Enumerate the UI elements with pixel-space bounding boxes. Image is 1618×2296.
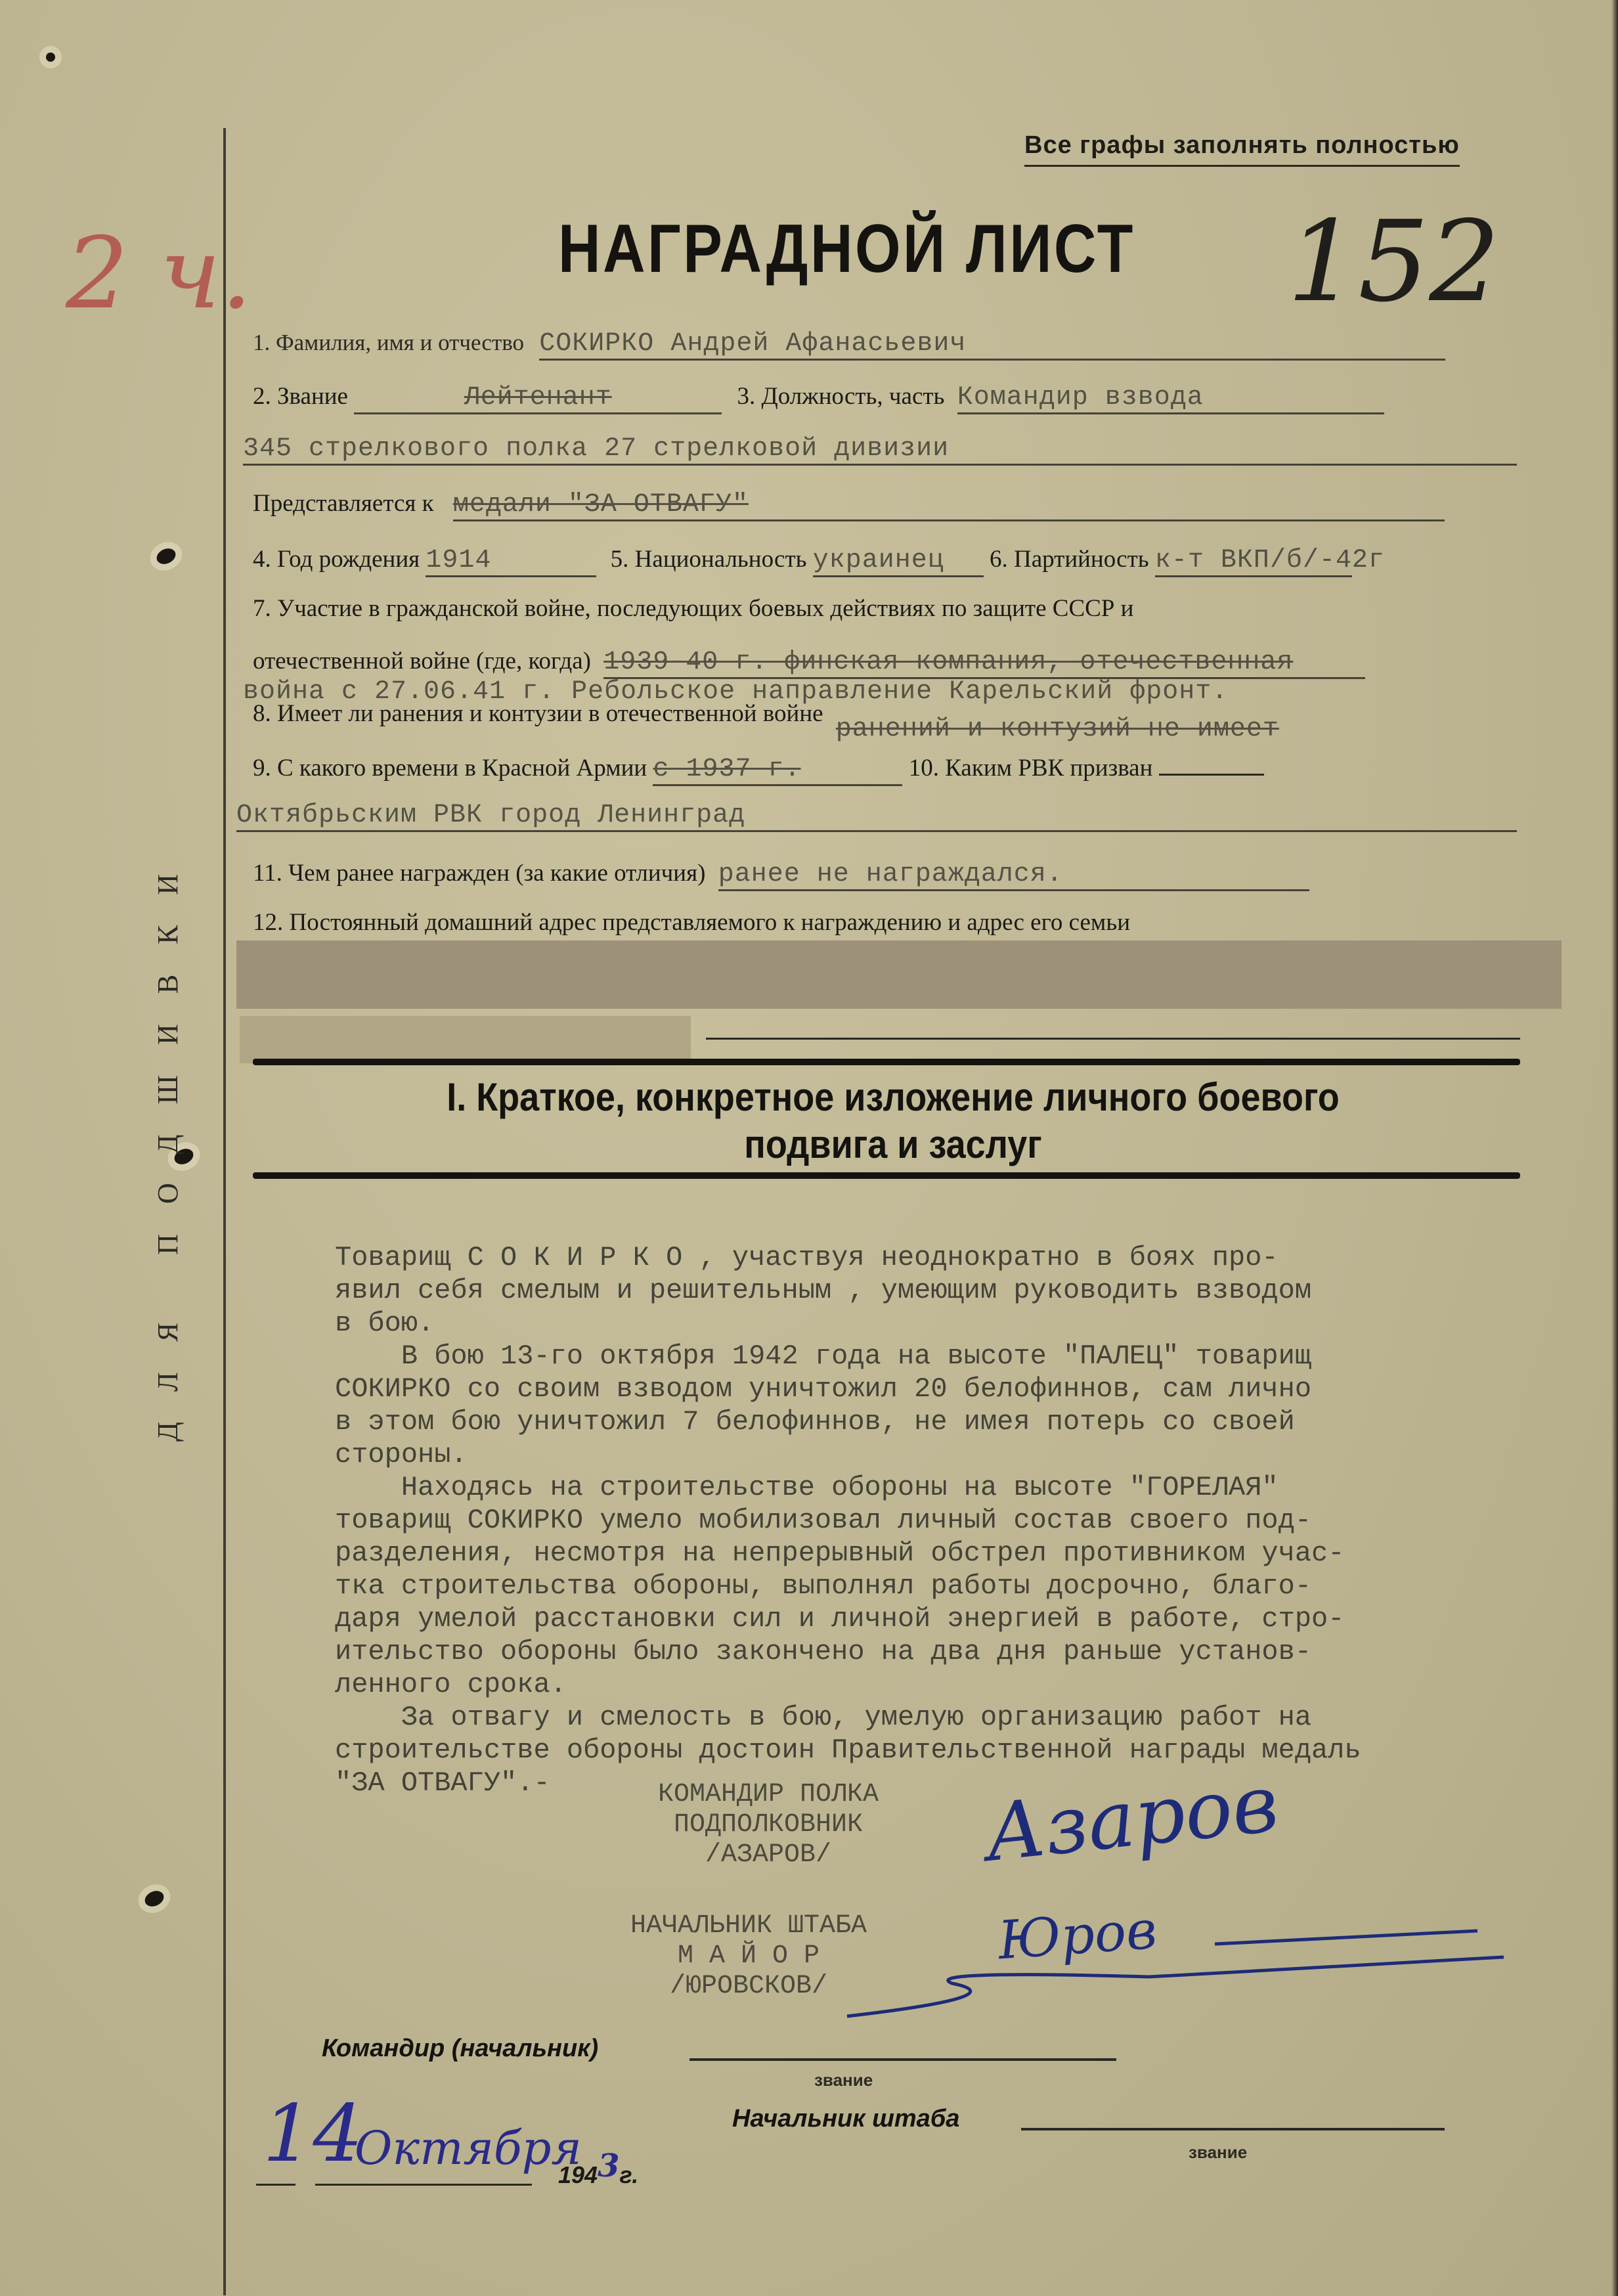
section-divider-top (253, 1059, 1520, 1065)
narrative-line: ленного срока. (335, 1668, 1583, 1701)
field-label: 7. Участие в гражданской войне, последую… (253, 595, 1133, 622)
position-value: Командир взвода (957, 383, 1384, 414)
narrative-line: "ЗА ОТВАГУ".- (335, 1767, 1583, 1799)
field-label: 1. Фамилия, имя и отчество (253, 330, 524, 355)
field-home-address: 12. Постоянный домашний адрес представля… (253, 908, 1130, 937)
previous-awards-value: ранее не награждался. (718, 860, 1309, 891)
commander-footer-line (689, 2058, 1116, 2061)
field-rvk-continued: Октябрьским РВК город Ленинград (236, 800, 1517, 832)
narrative-line: строительстве обороны достоин Правительс… (335, 1734, 1583, 1767)
field-label: 8. Имеет ли ранения и контузии в отечест… (253, 700, 823, 727)
redaction-box (240, 1016, 691, 1063)
punch-hole (142, 1888, 166, 1910)
document-title: НАГРАДНОЙ ЛИСТ (558, 210, 1135, 288)
field-label: 12. Постоянный домашний адрес представля… (253, 909, 1130, 936)
narrative-line: Товарищ С О К И Р К О , участвуя неоднок… (335, 1241, 1583, 1274)
red-pencil-mark: 2 ч. (66, 217, 252, 331)
date-day: 14 (263, 2088, 363, 2180)
field-combat-participation-line2: отечественной войне (где, когда) 1939-40… (253, 647, 1365, 679)
signature-flourish (821, 1918, 1543, 2029)
date-month: Октября (355, 2121, 582, 2175)
narrative-line: разделения, несмотря на непрерывный обст… (335, 1537, 1583, 1570)
commander-title: КОМАНДИР ПОЛКА (604, 1780, 932, 1810)
punch-hole (45, 51, 57, 64)
chief-footer-line (1021, 2128, 1445, 2130)
section-heading-line1: I. Краткое, конкретное изложение личного… (317, 1074, 1470, 1121)
paper-edge (1611, 0, 1618, 2296)
full-name-value: СОКИРКО Андрей Афанасьевич (539, 329, 1445, 361)
commander-rank: ПОДПОЛКОВНИК (604, 1810, 932, 1840)
birth-year-value: 1914 (426, 546, 596, 577)
narrative-line: тка строительства обороны, выполнял рабо… (335, 1570, 1583, 1602)
field-label: 9. С какого времени в Красной Армии (253, 755, 647, 782)
rvk-value: Октябрьским РВК город Ленинград (236, 801, 1517, 832)
redaction-box (236, 940, 1562, 1009)
unit-value: 345 стрелкового полка 27 стрелковой диви… (243, 434, 1517, 466)
date-year-suffix: 3 (598, 2148, 619, 2184)
section-divider-bottom (253, 1172, 1520, 1179)
sheet-number-handwritten: 152 (1287, 197, 1500, 327)
field-army-since-rvk: 9. С какого времени в Красной Армии с 19… (253, 754, 1264, 786)
address-line (706, 1038, 1520, 1040)
chief-footer-text: Начальник штаба (732, 2105, 959, 2132)
wounds-value: ранений и контузий не имеет (836, 715, 1279, 744)
field-label: 10. Каким РВК призван (909, 755, 1153, 782)
field-rank-position: 2. Звание Лейтенант 3. Должность, часть … (253, 382, 1384, 414)
combat-participation-value: 1939-40 г. финская компания, отечественн… (603, 648, 1365, 679)
field-combat-participation: 7. Участие в гражданской войне, последую… (253, 594, 1133, 623)
field-label: 2. Звание (253, 383, 348, 410)
rank-caption: звание (814, 2070, 873, 2090)
narrative-line: в этом бою уничтожил 7 белофиннов, не им… (335, 1405, 1583, 1438)
chief-footer-label: Начальник штаба (732, 2105, 959, 2133)
commander-footer-text: Командир (начальник) (322, 2035, 598, 2062)
rank-value: Лейтенант (354, 383, 722, 414)
field-previous-awards: 11. Чем ранее награжден (за какие отличи… (253, 859, 1309, 891)
narrative-line: стороны. (335, 1438, 1583, 1471)
commander-footer-label: Командир (начальник) (322, 2035, 598, 2063)
narrative-line: даря умелой расстановки сил и личной эне… (335, 1602, 1583, 1635)
narrative-line: СОКИРКО со своим взводом уничтожил 20 бе… (335, 1373, 1583, 1405)
field-wounds: 8. Имеет ли ранения и контузии в отечест… (253, 699, 1279, 730)
rank-caption: звание (1189, 2142, 1247, 2163)
commander-signature-block: КОМАНДИР ПОЛКА ПОДПОЛКОВНИК /АЗАРОВ/ (604, 1780, 932, 1870)
narrative-line: ительство обороны было закончено на два … (335, 1635, 1583, 1668)
field-position-continued: 345 стрелкового полка 27 стрелковой диви… (243, 433, 1517, 466)
punch-hole (154, 546, 178, 567)
date-year-prefix: 194 (558, 2161, 598, 2188)
field-full-name: 1. Фамилия, имя и отчество СОКИРКО Андре… (253, 328, 1445, 361)
field-label: 11. Чем ранее награжден (за какие отличи… (253, 860, 705, 887)
date-g: г. (619, 2161, 638, 2188)
binding-margin-line (223, 128, 226, 2295)
field-label: отечественной войне (где, когда) (253, 648, 591, 674)
field-label: Представляется к (253, 490, 434, 517)
narrative-line: За отвагу и смелость в бою, умелую орган… (335, 1701, 1583, 1734)
section-heading-line2: подвига и заслуг (317, 1121, 1470, 1168)
fill-all-fields-hint: Все графы заполнять полностью (1024, 131, 1460, 167)
narrative-line: в бою. (335, 1307, 1583, 1340)
field-birth-nationality-party: 4. Год рождения 1914 5. Национальность у… (253, 545, 1352, 577)
field-nominated-for: Представляется к медали "ЗА ОТВАГУ" (253, 489, 1445, 521)
narrative-line: явил себя смелым и решительным , умеющим… (335, 1274, 1583, 1307)
army-since-value: с 1937 г. (653, 755, 902, 786)
narrative-text: Товарищ С О К И Р К О , участвуя неоднок… (335, 1241, 1583, 1799)
date-month-line (315, 2184, 532, 2186)
rvk-blank (1159, 774, 1264, 776)
narrative-line: Находясь на строительстве обороны на выс… (335, 1471, 1583, 1504)
narrative-line: В бою 13-го октября 1942 года на высоте … (335, 1340, 1583, 1373)
field-label: 5. Национальность (611, 546, 807, 573)
binding-label-vertical: ДЛЯ ПОДШИВКИ (151, 768, 190, 1517)
narrative-line: товарищ СОКИРКО умело мобилизовал личный… (335, 1504, 1583, 1537)
nominated-value: медали "ЗА ОТВАГУ" (453, 490, 1445, 521)
section-heading: I. Краткое, конкретное изложение личного… (317, 1074, 1470, 1168)
commander-name: /АЗАРОВ/ (604, 1840, 932, 1870)
field-label: 6. Партийность (990, 546, 1149, 573)
party-value: к-т ВКП/б/-42г (1155, 546, 1352, 577)
date-year: 1943г. (558, 2154, 638, 2191)
date-day-line (256, 2184, 295, 2186)
field-label: 4. Год рождения (253, 546, 420, 573)
nationality-value: украинец (813, 546, 984, 577)
field-label: 3. Должность, часть (737, 383, 944, 410)
